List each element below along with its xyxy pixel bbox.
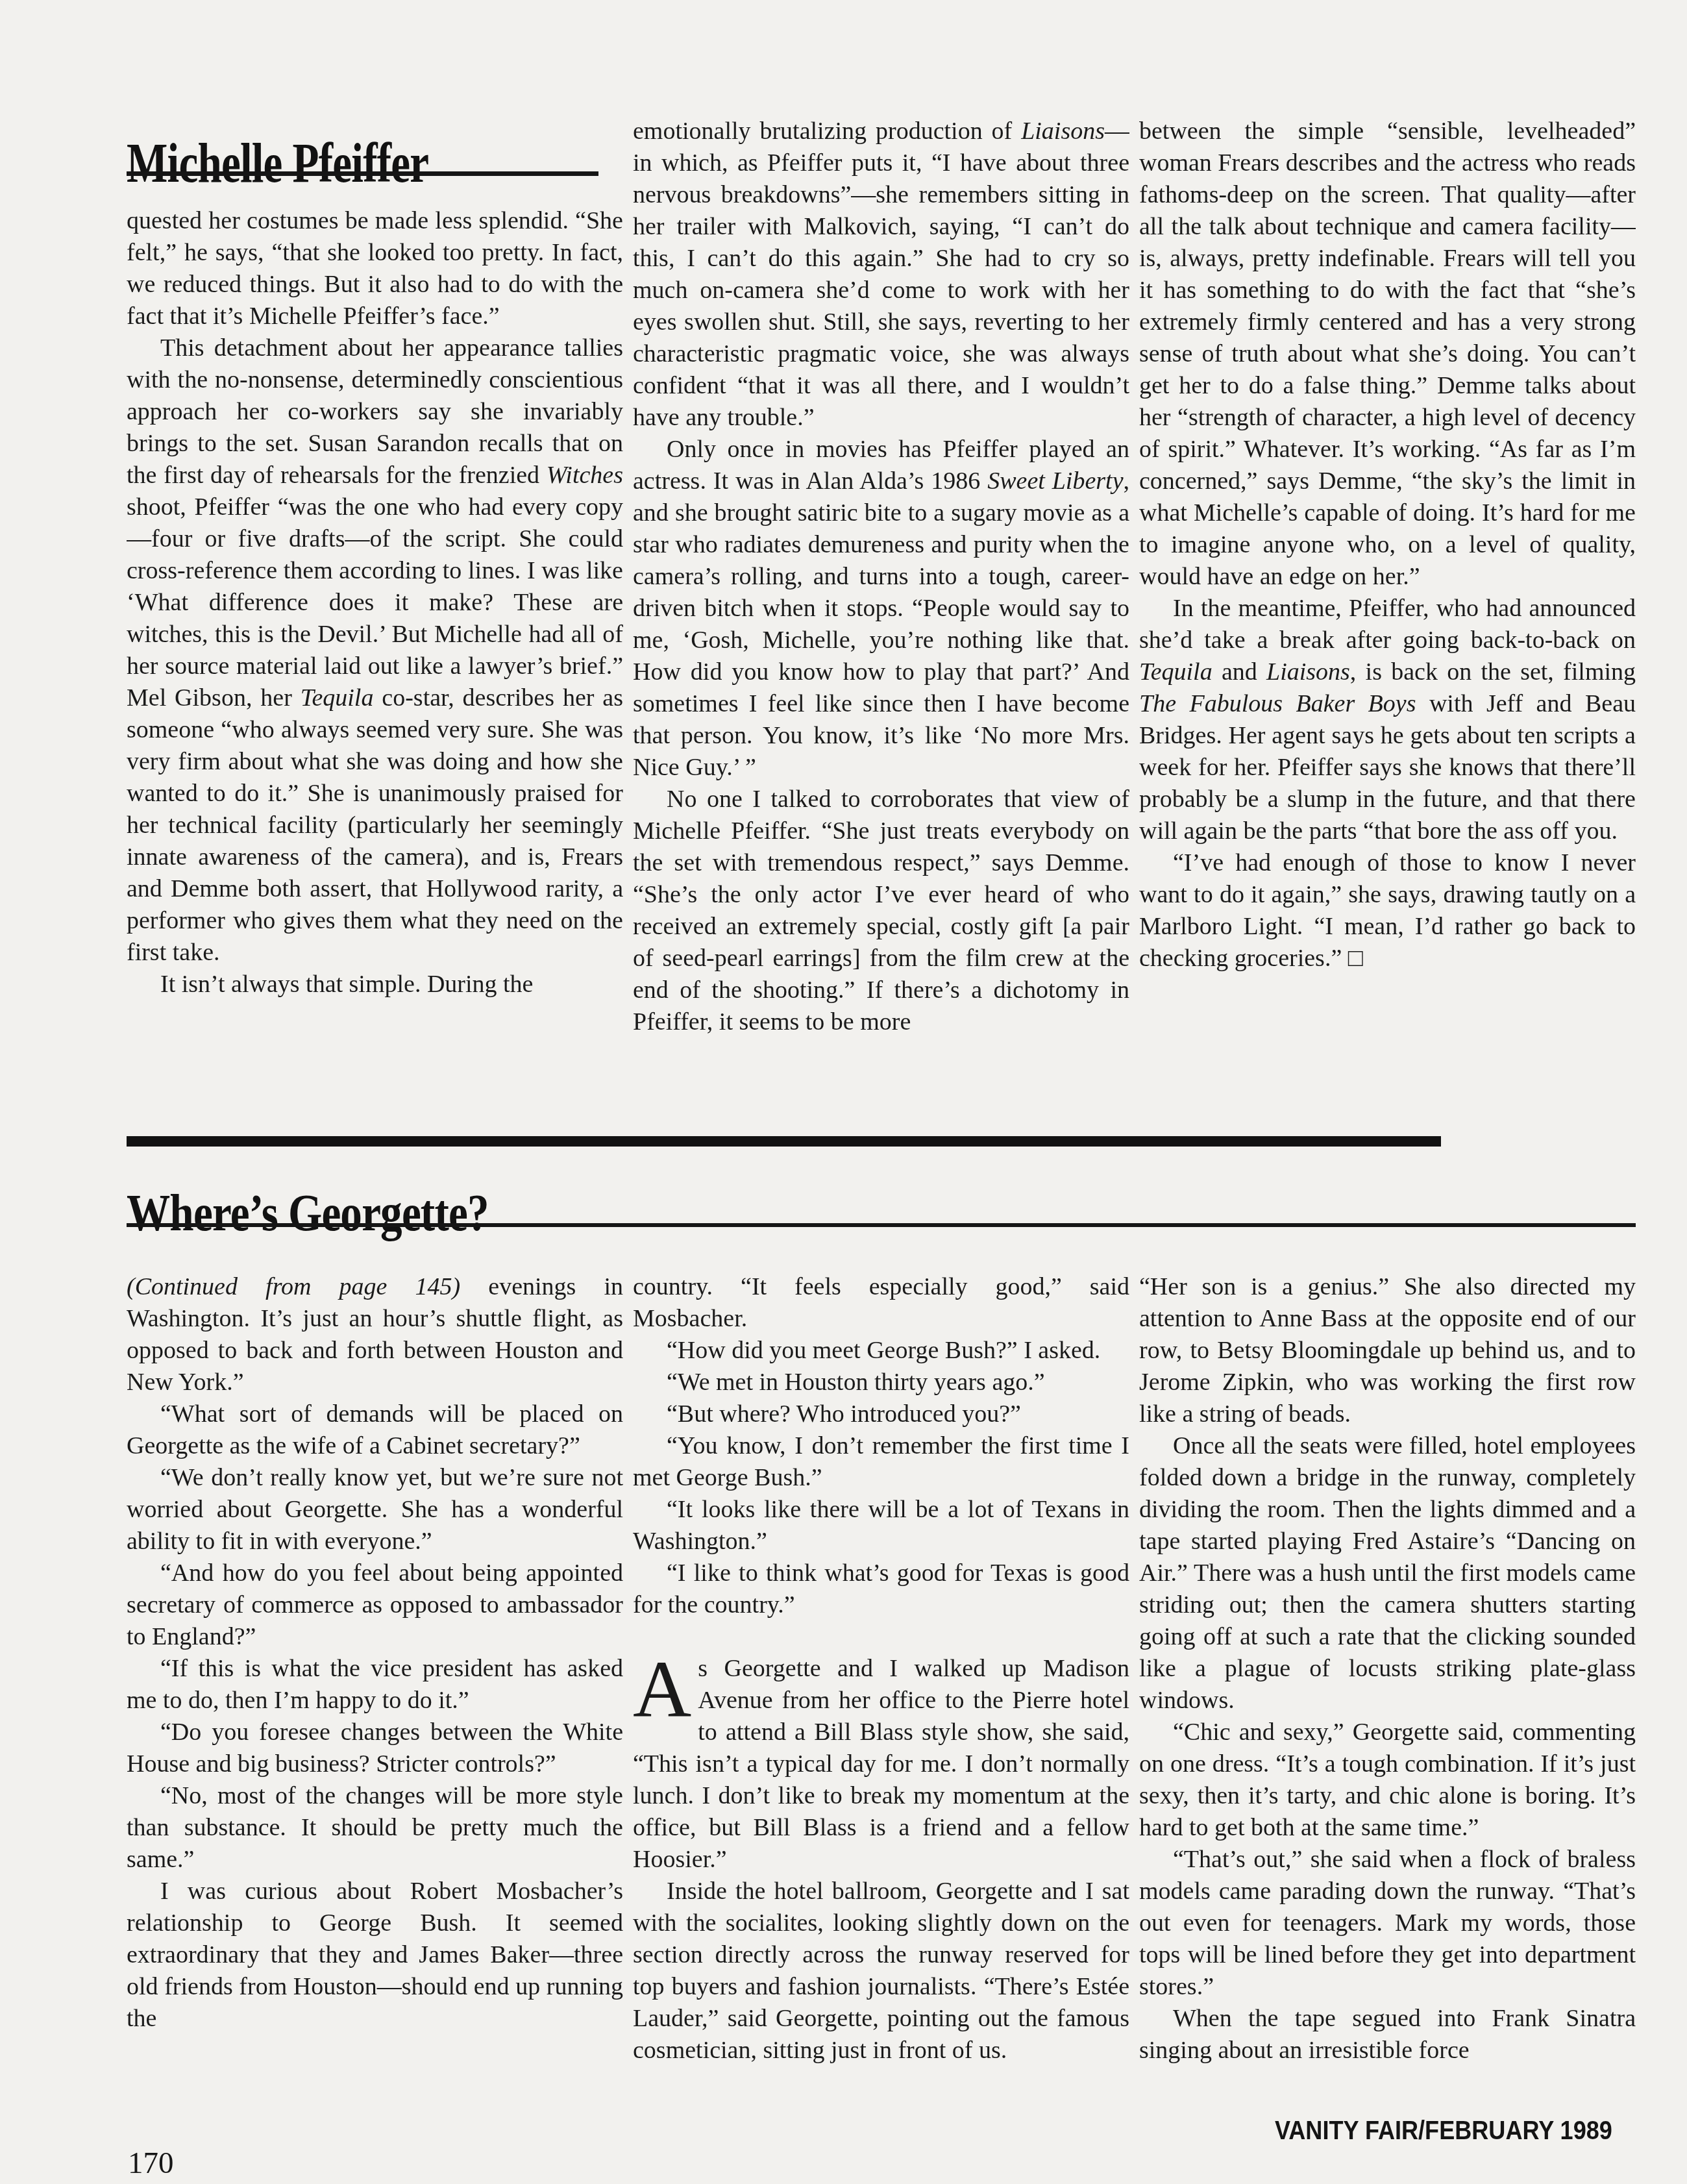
body-text: “Her son is a genius.” She also directed… xyxy=(1139,1273,1636,1428)
body-text: I was curious about Robert Mosbacher’s r… xyxy=(127,1878,623,2032)
paragraph: between the simple “sensible, levelheade… xyxy=(1139,116,1636,593)
paragraph: “No, most of the changes will be more st… xyxy=(127,1780,623,1876)
paragraph: “But where? Who introduced you?” xyxy=(633,1398,1129,1430)
paragraph: “And how do you feel about being appoint… xyxy=(127,1557,623,1653)
paragraph: “Do you foresee changes between the Whit… xyxy=(127,1717,623,1780)
article-column: emotionally brutalizing production of Li… xyxy=(633,116,1129,1136)
paragraph: No one I talked to corroborates that vie… xyxy=(633,784,1129,1038)
body-text: between the simple “sensible, levelheade… xyxy=(1139,118,1636,590)
paragraph: “What sort of demands will be placed on … xyxy=(127,1398,623,1462)
body-text: , is back on the set, filming xyxy=(1350,658,1636,686)
italic-text: Sweet Liberty xyxy=(987,467,1123,495)
body-text: Inside the hotel ballroom, Georgette and… xyxy=(633,1878,1129,2064)
body-text: , and she brought satiric bite to a suga… xyxy=(633,467,1129,781)
article-title-michelle-pfeiffer: Michelle Pfeiffer xyxy=(127,135,428,191)
body-text: In the meantime, Pfeiffer, who had annou… xyxy=(1139,595,1636,654)
paragraph: “You know, I don’t remember the first ti… xyxy=(633,1430,1129,1494)
body-text: “If this is what the vice president has … xyxy=(127,1655,623,1714)
body-text: No one I talked to corroborates that vie… xyxy=(633,786,1129,1036)
italic-text: The Fabulous Baker Boys xyxy=(1139,690,1416,717)
body-text: shoot, Pfeiffer “was the one who had eve… xyxy=(127,493,623,712)
article-column: country. “It feels especially good,” sai… xyxy=(633,1271,1129,2135)
paragraph: As Georgette and I walked up Madison Ave… xyxy=(633,1653,1129,1876)
article-column: quested her costumes be made less splend… xyxy=(127,205,623,1136)
section-divider-band xyxy=(127,1136,1441,1147)
paragraph: In the meantime, Pfeiffer, who had annou… xyxy=(1139,593,1636,847)
paragraph: When the tape segued into Frank Sinatra … xyxy=(1139,2003,1636,2066)
body-text: s Georgette and I walked up Madison Aven… xyxy=(633,1655,1129,1873)
paragraph: “Chic and sexy,” Georgette said, comment… xyxy=(1139,1717,1636,1844)
paragraph: “It looks like there will be a lot of Te… xyxy=(633,1494,1129,1557)
paragraph: This detachment about her appearance tal… xyxy=(127,332,623,969)
headline-rule xyxy=(127,171,598,176)
body-text: “We met in Houston thirty years ago.” xyxy=(667,1369,1045,1396)
body-text: and xyxy=(1213,658,1266,686)
paragraph: Inside the hotel ballroom, Georgette and… xyxy=(633,1876,1129,2066)
paragraph: It isn’t always that simple. During the xyxy=(127,969,623,1000)
body-text: “It looks like there will be a lot of Te… xyxy=(633,1496,1129,1555)
paragraph: “We met in Houston thirty years ago.” xyxy=(633,1367,1129,1398)
italic-text: Liaisons xyxy=(1021,118,1105,145)
page-number: 170 xyxy=(128,2146,174,2181)
italic-text: Witches xyxy=(547,462,623,489)
paragraph: country. “It feels especially good,” sai… xyxy=(633,1271,1129,1335)
body-text: When the tape segued into Frank Sinatra … xyxy=(1139,2005,1636,2064)
paragraph: “We don’t really know yet, but we’re sur… xyxy=(127,1462,623,1557)
body-text: Once all the seats were filled, hotel em… xyxy=(1139,1432,1636,1714)
body-text: “What sort of demands will be placed on … xyxy=(127,1400,623,1459)
italic-text: Liaisons xyxy=(1266,658,1350,686)
body-text: “No, most of the changes will be more st… xyxy=(127,1782,623,1873)
body-text: “How did you meet George Bush?” I asked. xyxy=(667,1337,1100,1364)
article-column: (Continued from page 145) evenings in Wa… xyxy=(127,1271,623,2135)
body-text: —in which, as Pfeiffer puts it, “I have … xyxy=(633,118,1129,431)
body-text: It isn’t always that simple. During the xyxy=(160,971,534,998)
italic-text: Tequila xyxy=(1139,658,1213,686)
paragraph: “How did you meet George Bush?” I asked. xyxy=(633,1335,1129,1367)
article-title-wheres-georgette: Where’s Georgette? xyxy=(127,1187,489,1239)
body-text: co-star, describes her as someone “who a… xyxy=(127,684,623,966)
article-column: “Her son is a genius.” She also directed… xyxy=(1139,1271,1636,2135)
paragraph: “I like to think what’s good for Texas i… xyxy=(633,1557,1129,1621)
paragraph: Once all the seats were filled, hotel em… xyxy=(1139,1430,1636,1717)
paragraph: I was curious about Robert Mosbacher’s r… xyxy=(127,1876,623,2035)
paragraph: quested her costumes be made less splend… xyxy=(127,205,623,332)
body-text: “That’s out,” she said when a flock of b… xyxy=(1139,1846,1636,2000)
body-text: “Chic and sexy,” Georgette said, comment… xyxy=(1139,1719,1636,1841)
paragraph: Only once in movies has Pfeiffer played … xyxy=(633,434,1129,784)
paragraph: “I’ve had enough of those to know I neve… xyxy=(1139,847,1636,974)
paragraph: “Her son is a genius.” She also directed… xyxy=(1139,1271,1636,1430)
magazine-issue-footer: VANITY FAIR/FEBRUARY 1989 xyxy=(1275,2115,1612,2146)
paragraph: (Continued from page 145) evenings in Wa… xyxy=(127,1271,623,1398)
body-text: country. “It feels especially good,” sai… xyxy=(633,1273,1129,1332)
body-text: “You know, I don’t remember the first ti… xyxy=(633,1432,1129,1491)
italic-text: Tequila xyxy=(301,684,374,712)
paragraph: “If this is what the vice president has … xyxy=(127,1653,623,1717)
drop-cap: A xyxy=(633,1653,698,1724)
body-text: “I like to think what’s good for Texas i… xyxy=(633,1559,1129,1619)
body-text: “Do you foresee changes between the Whit… xyxy=(127,1719,623,1778)
body-text: “And how do you feel about being appoint… xyxy=(127,1559,623,1650)
body-text: emotionally brutalizing production of xyxy=(633,118,1021,145)
paragraph: “That’s out,” she said when a flock of b… xyxy=(1139,1844,1636,2003)
body-text: “I’ve had enough of those to know I neve… xyxy=(1139,849,1636,972)
article-column: between the simple “sensible, levelheade… xyxy=(1139,116,1636,1136)
body-text: “But where? Who introduced you?” xyxy=(667,1400,1021,1428)
headline-rule xyxy=(127,1223,1636,1227)
body-text: quested her costumes be made less splend… xyxy=(127,207,623,330)
body-text: “We don’t really know yet, but we’re sur… xyxy=(127,1464,623,1555)
paragraph: emotionally brutalizing production of Li… xyxy=(633,116,1129,434)
magazine-page: Michelle Pfeiffer quested her costumes b… xyxy=(0,0,1687,2184)
italic-text: (Continued from page 145) xyxy=(127,1273,460,1300)
